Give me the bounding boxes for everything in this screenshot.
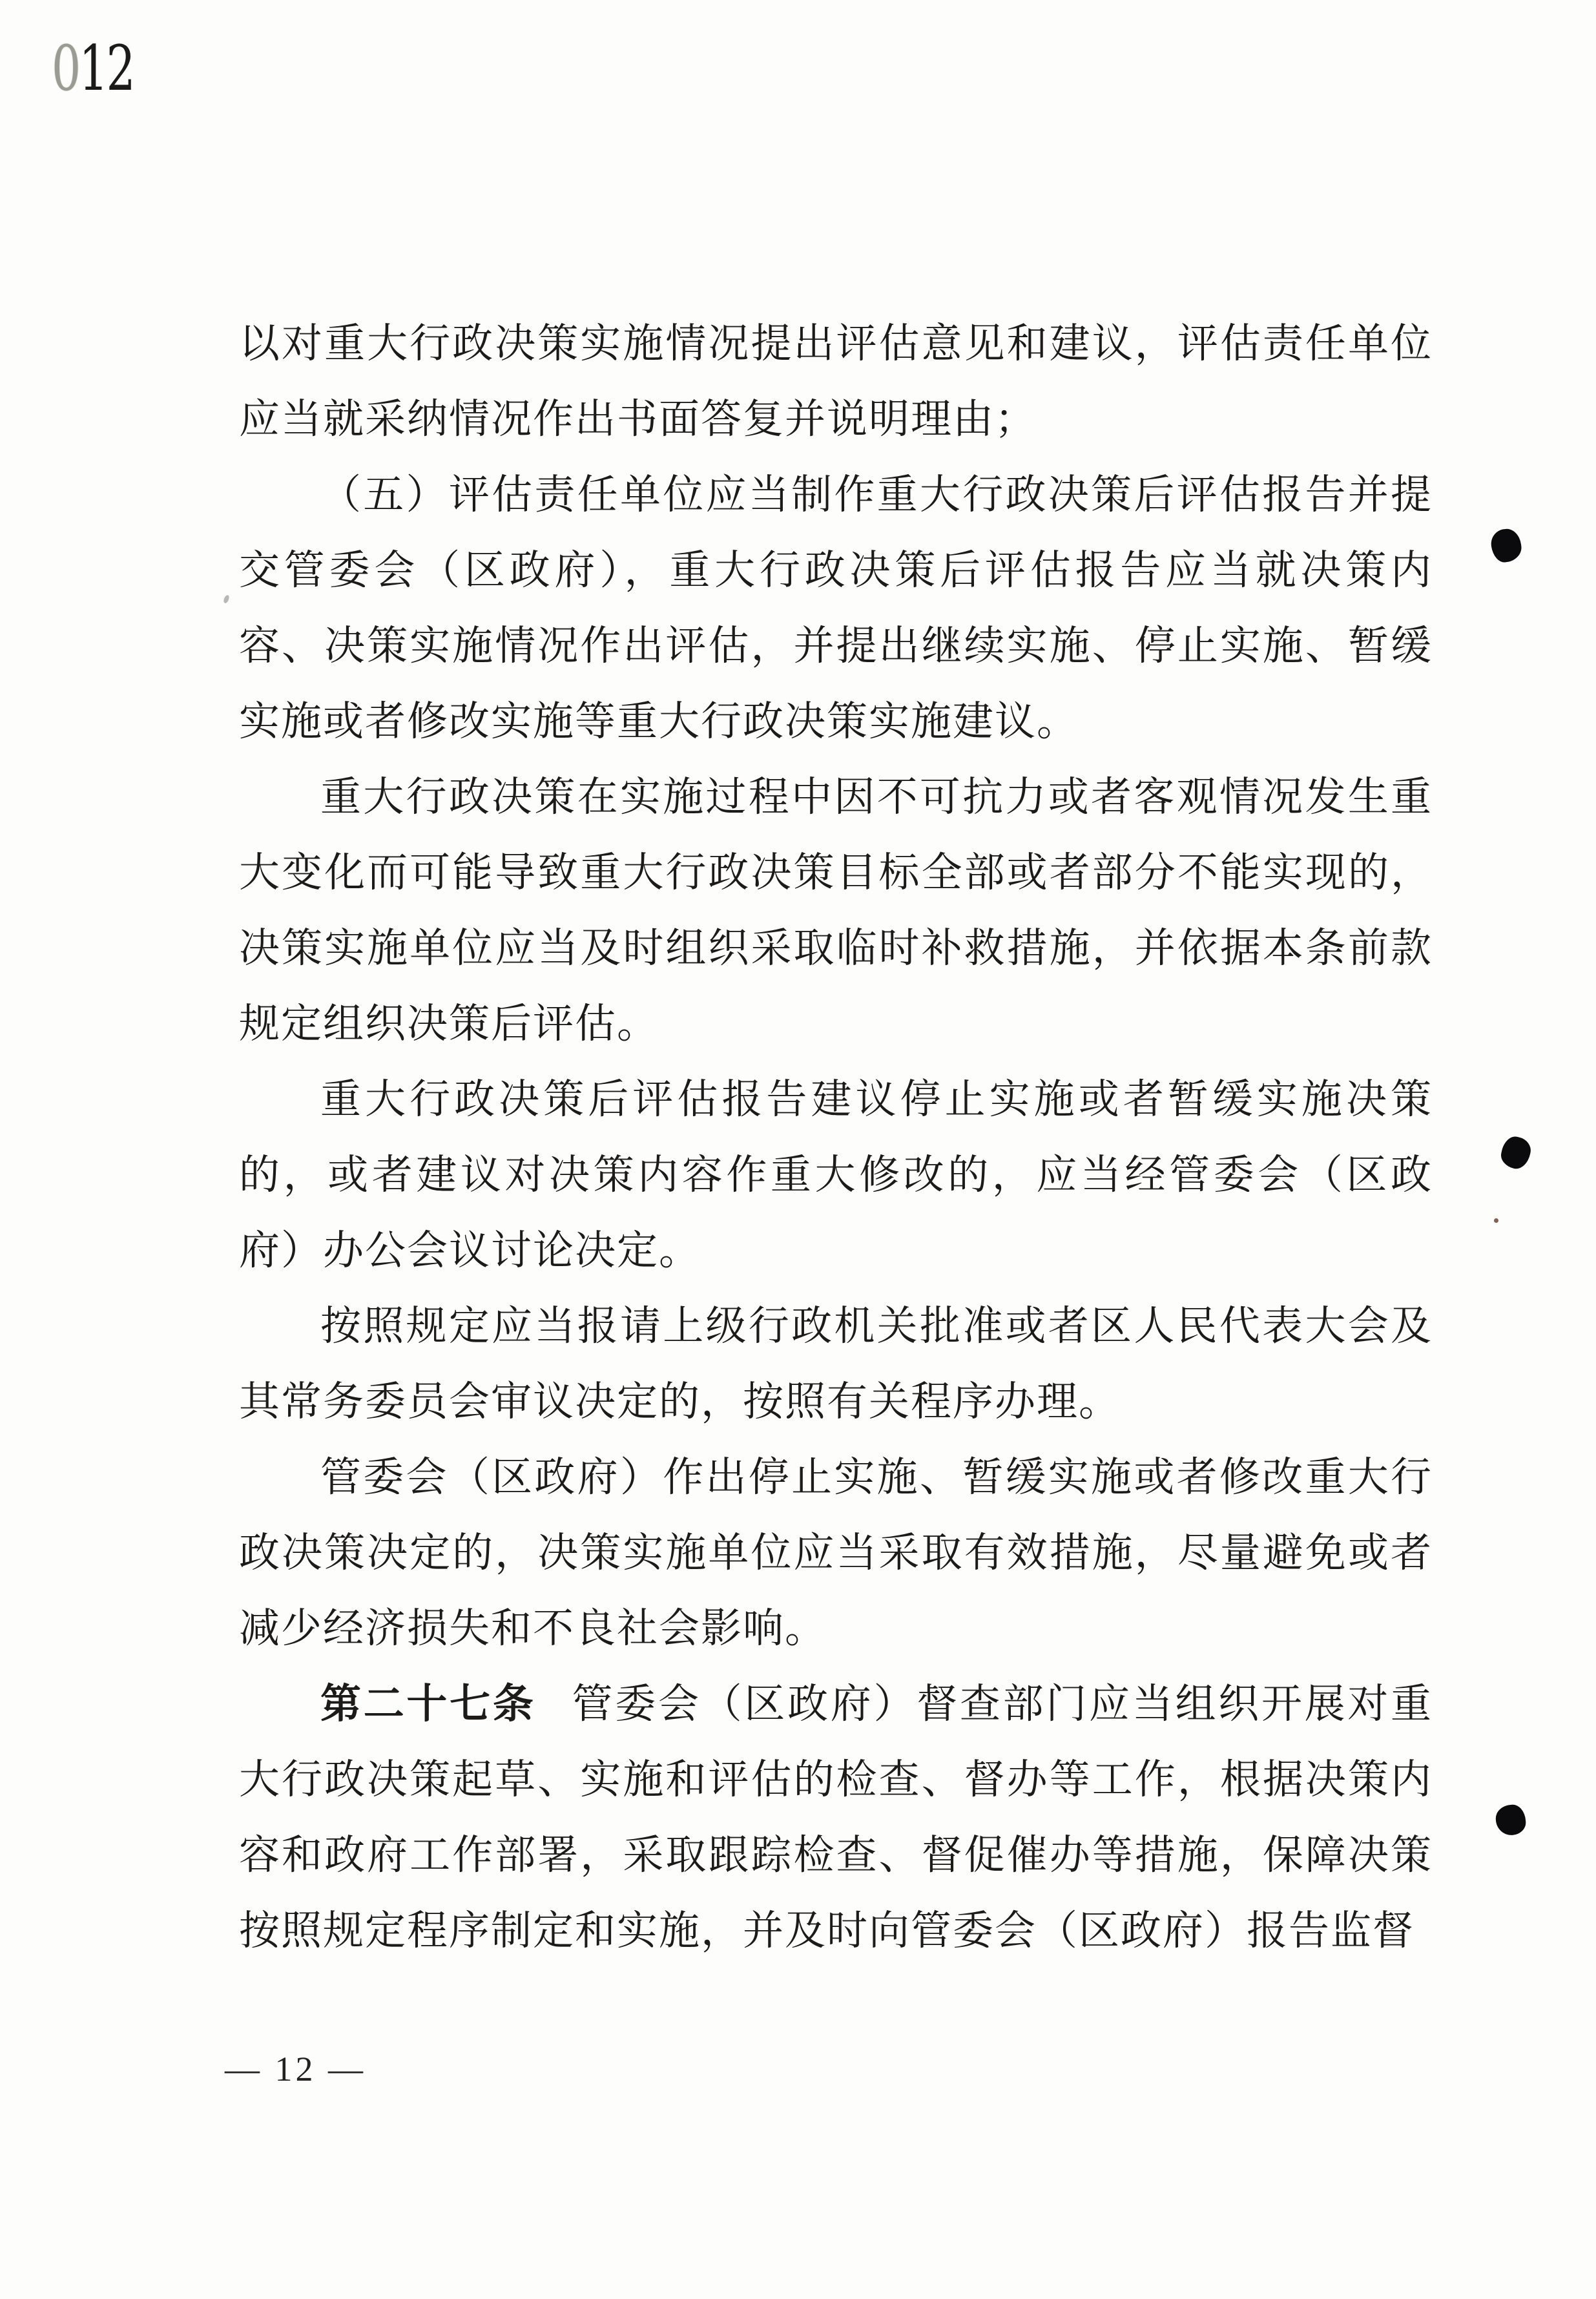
page-number-footer: — 12 —	[225, 2049, 366, 2089]
stamp-inked-digits: 12	[79, 32, 133, 105]
paragraph-loss-reduction: 管委会（区政府）作出停止实施、暂缓实施或者修改重大行政决策决定的，决策实施单位应…	[239, 1440, 1433, 1667]
ink-blot-bottom	[1495, 1804, 1526, 1836]
ink-speck-middle	[1494, 1218, 1498, 1223]
paragraph-approval-procedure: 按照规定应当报请上级行政机关批准或者区人民代表大会及其常务委员会审议决定的，按照…	[239, 1289, 1433, 1440]
scan-speck	[223, 594, 230, 604]
paragraph-report-suggestion: 重大行政决策后评估报告建议停止实施或者暂缓实施决策的，或者建议对决策内容作重大修…	[239, 1062, 1433, 1289]
paragraph-article-27: 第二十七条管委会（区政府）督查部门应当组织开展对重大行政决策起草、实施和评估的检…	[239, 1667, 1433, 1969]
document-body: 以对重大行政决策实施情况提出评估意见和建议，评估责任单位应当就采纳情况作出书面答…	[239, 306, 1433, 1969]
article-27-number: 第二十七条	[320, 1681, 536, 1727]
sheet-number-stamp: 012	[52, 37, 134, 99]
paragraph-continuation: 以对重大行政决策实施情况提出评估意见和建议，评估责任单位应当就采纳情况作出书面答…	[239, 306, 1433, 457]
stamp-faded-digit: 0	[52, 32, 79, 105]
paragraph-force-majeure: 重大行政决策在实施过程中因不可抗力或者客观情况发生重大变化而可能导致重大行政决策…	[239, 760, 1433, 1062]
paragraph-item-five: （五）评估责任单位应当制作重大行政决策后评估报告并提交管委会（区政府），重大行政…	[239, 457, 1433, 760]
ink-blot-top	[1489, 527, 1524, 564]
scanned-document-page: 012 以对重大行政决策实施情况提出评估意见和建议，评估责任单位应当就采纳情况作…	[0, 0, 1596, 2299]
ink-blot-middle	[1498, 1134, 1533, 1171]
